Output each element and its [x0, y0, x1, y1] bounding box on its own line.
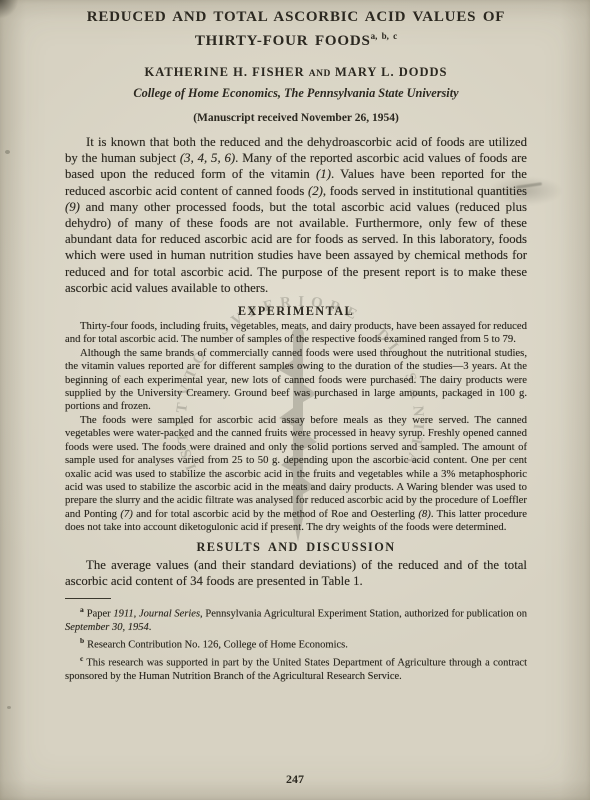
footnote-c-text: This research was supported in part by t… — [65, 658, 527, 682]
footnote-divider — [65, 598, 111, 599]
page-number: 247 — [0, 772, 590, 787]
footnote-a-text: Paper 1911, Journal Series, Pennsylvania… — [65, 608, 527, 632]
page-content: REDUCED AND TOTAL ASCORBIC ACID VALUES O… — [0, 0, 590, 683]
author-conjunction: AND — [309, 69, 331, 79]
corner-shadow — [0, 0, 18, 18]
affiliation-line: College of Home Economics, The Pennsylva… — [65, 86, 527, 101]
article-title-line1: REDUCED AND TOTAL ASCORBIC ACID VALUES O… — [87, 9, 506, 25]
scanned-journal-page: ISTITVTO SVPERIORE DI SANITÀ REDUCED AND… — [0, 0, 590, 800]
experimental-paragraph-3: The foods were sampled for ascorbic acid… — [65, 414, 527, 535]
footnote-a-marker: a — [80, 605, 84, 614]
section-heading-results: RESULTS AND DISCUSSION — [65, 540, 527, 554]
footnote-b-marker: b — [80, 636, 84, 645]
intro-paragraph: It is known that both the reduced and th… — [65, 134, 527, 296]
footnote-a: aPaper 1911, Journal Series, Pennsylvani… — [65, 603, 527, 634]
experimental-paragraph-2: Although the same brands of commercially… — [65, 347, 527, 414]
results-paragraph: The average values (and their standard d… — [65, 557, 527, 589]
experimental-paragraph-1: Thirty-four foods, including fruits, veg… — [65, 320, 527, 347]
author-line: KATHERINE H. FISHER AND MARY L. DODDS — [65, 65, 527, 82]
article-title-line2: THIRTY-FOUR FOODS — [195, 33, 371, 49]
author-name-2: MARY L. DODDS — [335, 65, 447, 79]
title-footnote-markers: a, b, c — [371, 31, 398, 41]
author-name-1: KATHERINE H. FISHER — [145, 65, 305, 79]
footnote-c: cThis research was supported in part by … — [65, 652, 527, 683]
section-heading-experimental: EXPERIMENTAL — [65, 304, 527, 318]
article-title: REDUCED AND TOTAL ASCORBIC ACID VALUES O… — [65, 8, 527, 51]
manuscript-received-note: (Manuscript received November 26, 1954) — [65, 112, 527, 125]
footnote-b-text: Research Contribution No. 126, College o… — [87, 640, 348, 651]
footnote-b: bResearch Contribution No. 126, College … — [65, 634, 527, 652]
footnote-c-marker: c — [80, 654, 83, 663]
ink-speck — [7, 706, 11, 709]
